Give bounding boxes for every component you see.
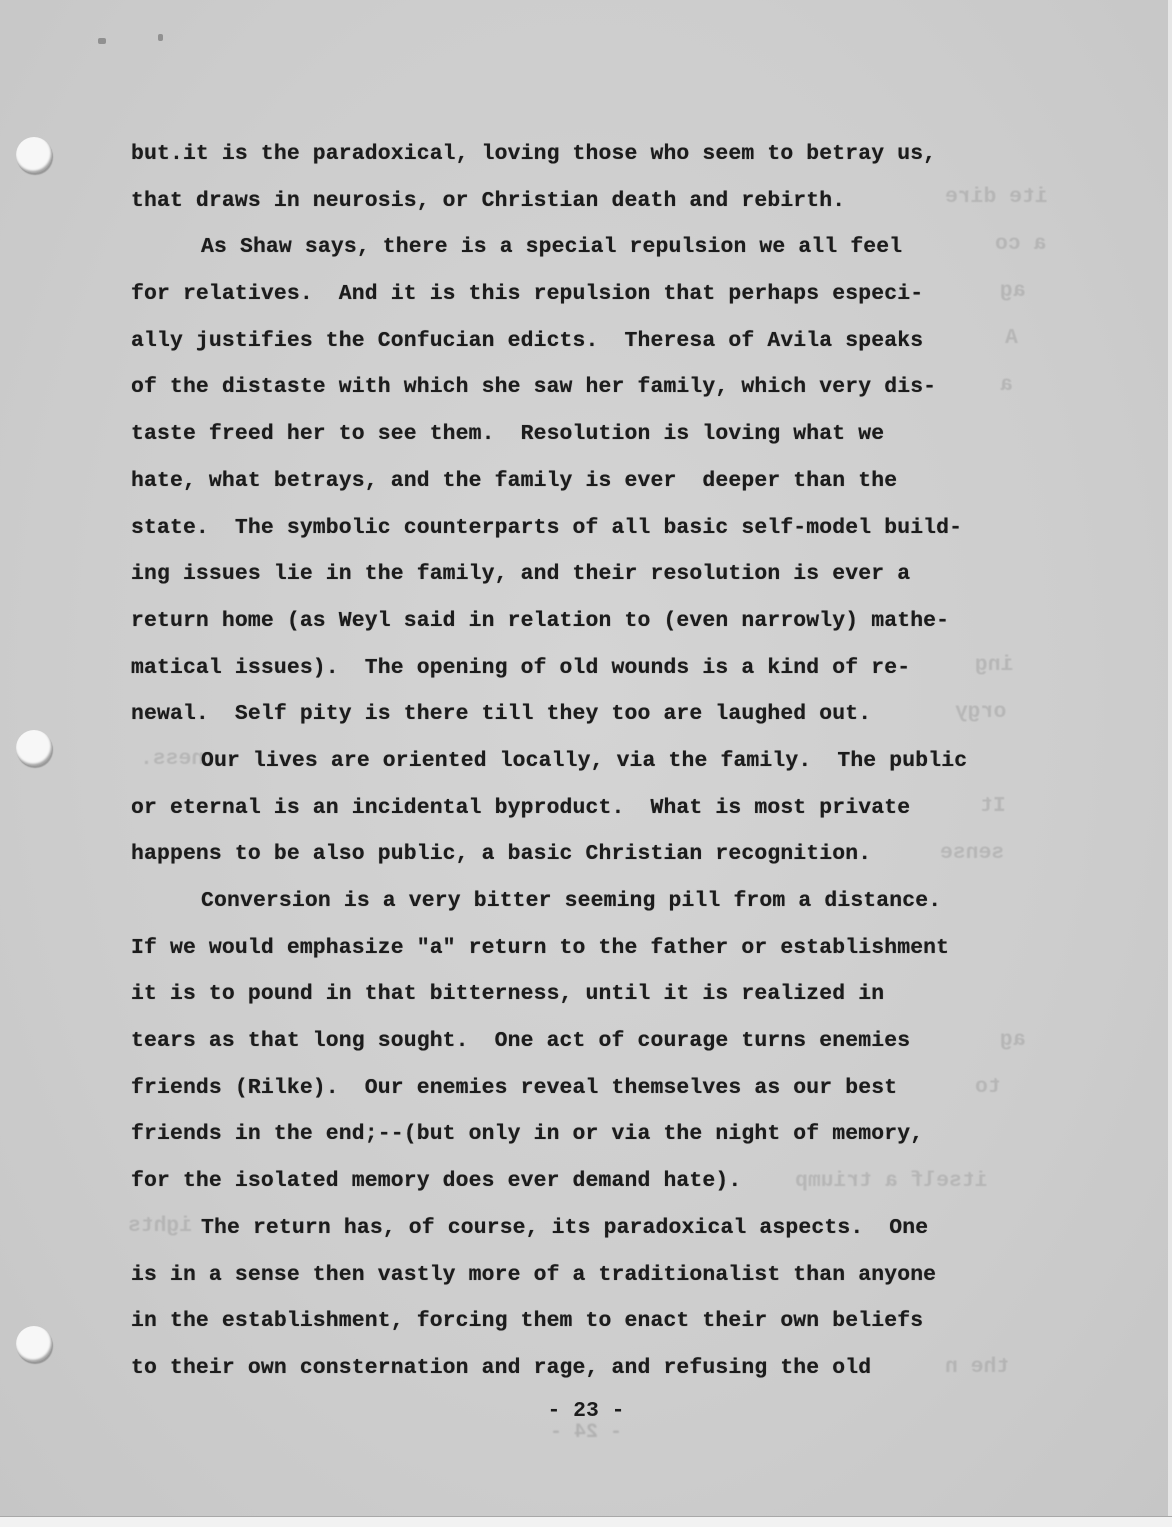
- ink-smudge: [158, 34, 163, 41]
- page-number: - 23 -: [0, 1399, 1172, 1423]
- bleed-through-page-number: - 24 -: [0, 1421, 1172, 1444]
- document-page: ite dire a co ag A a ing orgy ness. It s…: [0, 0, 1172, 1527]
- text-line: of the distaste with which she saw her f…: [131, 364, 1031, 411]
- text-line: for relatives. And it is this repulsion …: [131, 271, 1031, 318]
- punch-hole-top: [16, 137, 52, 173]
- ink-smudge: [98, 38, 106, 44]
- text-line: newal. Self pity is there till they too …: [131, 691, 1031, 738]
- typewritten-text-body: but.it is the paradoxical, loving those …: [131, 131, 1031, 1392]
- paragraph-start-line: As Shaw says, there is a special repulsi…: [131, 224, 1031, 271]
- page-edge-bottom: [0, 1516, 1172, 1527]
- text-line: friends (Rilke). Our enemies reveal them…: [131, 1065, 1031, 1112]
- text-line: tears as that long sought. One act of co…: [131, 1018, 1031, 1065]
- text-line: return home (as Weyl said in relation to…: [131, 598, 1031, 645]
- text-line: matical issues). The opening of old woun…: [131, 645, 1031, 692]
- text-line: for the isolated memory does ever demand…: [131, 1158, 1031, 1205]
- punch-hole-middle: [16, 730, 52, 766]
- text-line: ally justifies the Confucian edicts. The…: [131, 318, 1031, 365]
- paragraph-start-line: Our lives are oriented locally, via the …: [131, 738, 1031, 785]
- text-line: in the establishment, forcing them to en…: [131, 1298, 1031, 1345]
- text-line: to their own consternation and rage, and…: [131, 1345, 1031, 1392]
- paragraph-start-line: The return has, of course, its paradoxic…: [131, 1205, 1031, 1252]
- text-line: is in a sense then vastly more of a trad…: [131, 1252, 1031, 1299]
- paragraph-start-line: Conversion is a very bitter seeming pill…: [131, 878, 1031, 925]
- text-line: but.it is the paradoxical, loving those …: [131, 131, 1031, 178]
- text-line: that draws in neurosis, or Christian dea…: [131, 178, 1031, 225]
- text-line: hate, what betrays, and the family is ev…: [131, 458, 1031, 505]
- text-line: If we would emphasize "a" return to the …: [131, 925, 1031, 972]
- text-line: happens to be also public, a basic Chris…: [131, 831, 1031, 878]
- text-line: ing issues lie in the family, and their …: [131, 551, 1031, 598]
- text-line: taste freed her to see them. Resolution …: [131, 411, 1031, 458]
- punch-hole-bottom: [16, 1326, 52, 1362]
- page-edge-right: [1168, 0, 1172, 1527]
- text-line: or eternal is an incidental byproduct. W…: [131, 785, 1031, 832]
- text-line: state. The symbolic counterparts of all …: [131, 505, 1031, 552]
- text-line: friends in the end;--(but only in or via…: [131, 1111, 1031, 1158]
- text-line: it is to pound in that bitterness, until…: [131, 971, 1031, 1018]
